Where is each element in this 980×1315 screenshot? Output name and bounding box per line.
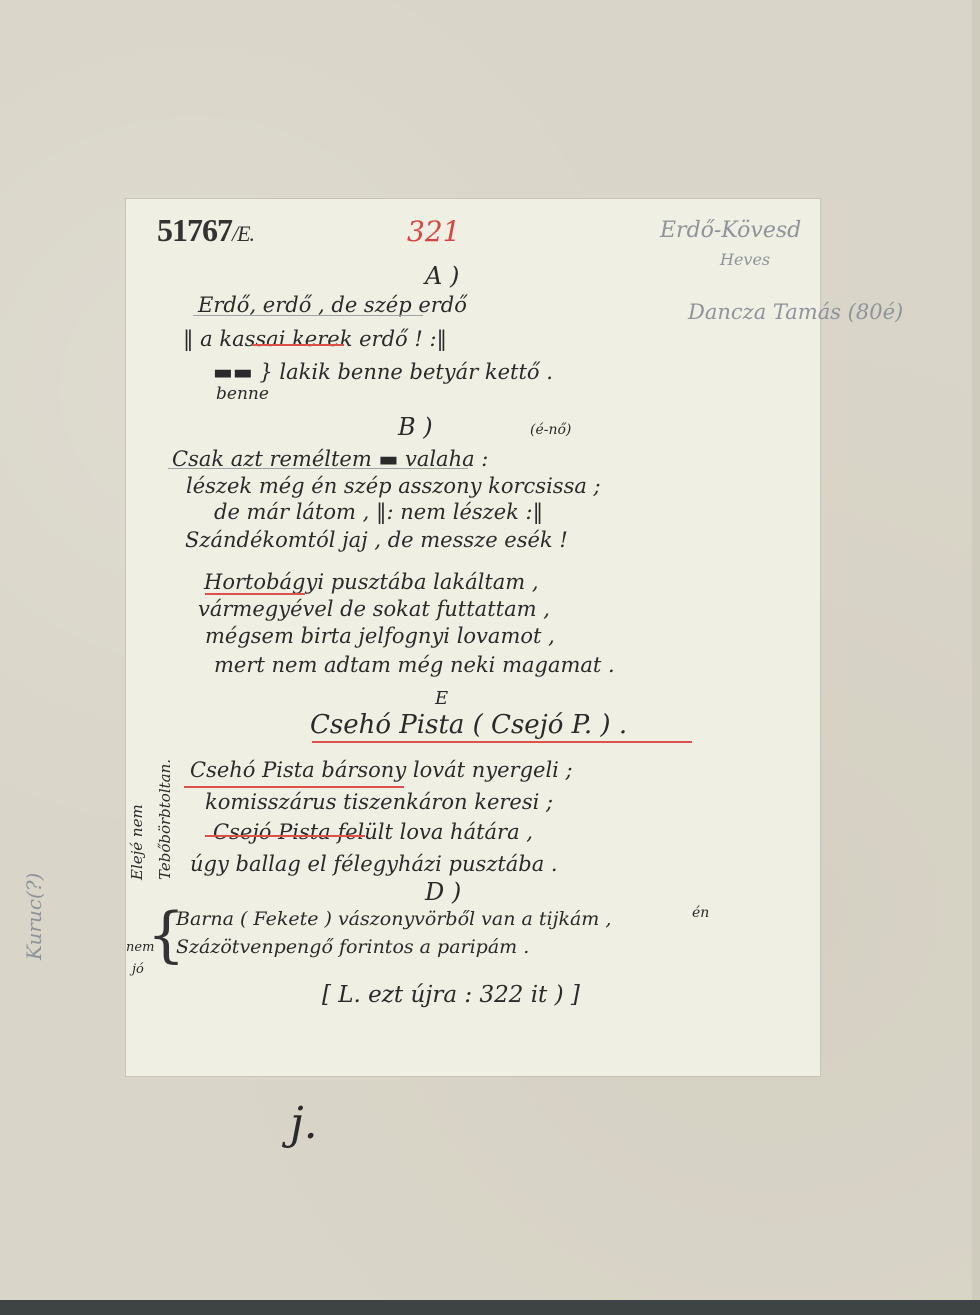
page-number: 321 (407, 215, 460, 248)
section-c-line-4: mert nem adtam még neki magamat . (214, 653, 615, 677)
section-a-extra: benne (216, 384, 269, 404)
red-underline-hortobagyi (205, 593, 305, 595)
section-b-label: B ) (398, 413, 433, 441)
section-c-line-3: mégsem birta jelfognyi lovamot , (205, 624, 555, 648)
section-b-insertion: (é-nő) (530, 422, 571, 438)
section-d-label: D ) (425, 878, 461, 906)
section-a-line-3: ▬▬ } lakik benne betyár kettő . (213, 360, 553, 384)
section-b-line-2: lészek még én szép asszony korcsissa ; (186, 474, 601, 498)
place-note: Erdő-Kövesd (660, 218, 801, 243)
grey-bracket (168, 468, 468, 469)
mount-pencil-note: Kuruc(?) (22, 873, 46, 960)
section-e-title: Csehó Pista ( Csejó P. ) . (310, 710, 627, 740)
section-e-mark: E (435, 688, 448, 709)
catalog-stamp: 51767/E. (157, 212, 254, 249)
nem-note: nem (126, 940, 154, 955)
section-c-line-2: vármegyével de sokat futtattam , (198, 597, 550, 621)
section-e-line-2: komisszárus tiszenkáron keresi ; (205, 790, 553, 814)
section-d-line-1: Barna ( Fekete ) vászonyvörből van a tij… (176, 908, 611, 930)
catalog-suffix: /E. (232, 221, 254, 246)
red-underline-title (312, 741, 692, 743)
grey-bracket (193, 315, 423, 316)
catalog-number: 51767 (157, 212, 232, 248)
section-d-note: [ L. ezt újra : 322 it ) ] (322, 982, 580, 1008)
section-b-line-3: de már látom , ‖: nem lészek :‖ (214, 500, 543, 524)
section-b-line-4: Szándékomtól jaj , de messze esék ! (185, 528, 568, 552)
section-e-line-3: Csejó Pista felült lova hátára , (213, 820, 533, 844)
red-underline-kassai (252, 344, 344, 346)
informant-note: Dancza Tamás (80é) (688, 300, 903, 324)
vertical-note-2: Tebőbörbtoltan. (156, 759, 174, 880)
section-d-insertion: én (692, 905, 709, 921)
mount-ink-mark: j. (290, 1098, 318, 1149)
mount-edge (972, 0, 980, 1300)
jo-note: jó (132, 962, 144, 977)
red-underline-csejo (205, 835, 365, 837)
vertical-note-1: Elejé nem (128, 804, 146, 880)
section-a-line-2: ‖ a kassai kerek erdő ! :‖ (183, 327, 447, 351)
scan-border (0, 1300, 980, 1315)
section-e-line-1: Csehó Pista bársony lovát nyergeli ; (190, 758, 573, 782)
section-c-line-1: Hortobágyi pusztába lakáltam , (204, 570, 539, 594)
section-a-label: A ) (425, 262, 459, 290)
red-underline-cseho (184, 786, 404, 788)
section-a-line-1: Erdő, erdő , de szép erdő (198, 293, 467, 317)
county-note: Heves (720, 250, 770, 269)
section-e-line-4: úgy ballag el félegyházi pusztába . (190, 852, 558, 876)
section-d-line-2: Százötvenpengő forintos a paripám . (176, 936, 529, 958)
